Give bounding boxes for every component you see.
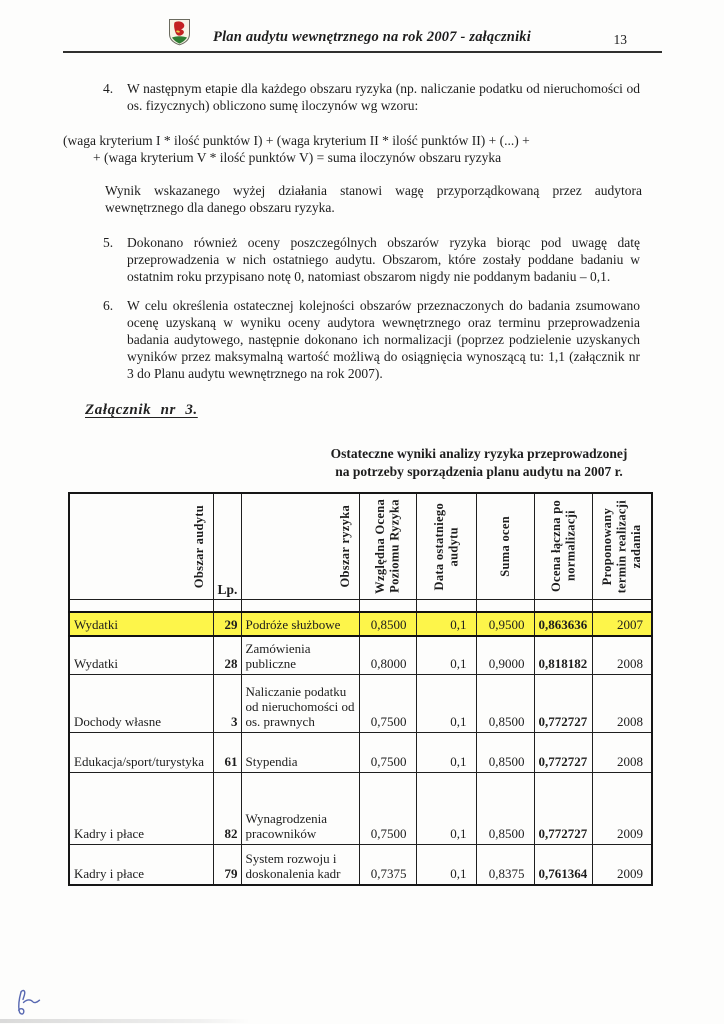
cell-score: 0,8500: [359, 612, 416, 636]
cell-sum: 0,9500: [476, 612, 534, 636]
cell-lp: 29: [213, 612, 241, 636]
spacer-row: [69, 599, 652, 612]
cell-last-audit: 0,1: [416, 612, 476, 636]
document-page: Plan audytu wewnętrznego na rok 2007 - z…: [0, 0, 724, 1024]
cell-risk: System rozwoju i doskonalenia kadr: [241, 844, 359, 885]
cell-area: Kadry i płace: [69, 772, 213, 844]
cell-area: Edukacja/sport/turystyka: [69, 732, 213, 772]
cell-last-audit: 0,1: [416, 636, 476, 674]
column-header-risk: Obszar ryzyka: [241, 493, 359, 599]
attachment-heading: Załącznik nr 3.: [85, 402, 662, 419]
column-header-year: Proponowany termin realizacji zadania: [592, 493, 652, 599]
cell-last-audit: 0,1: [416, 674, 476, 732]
cell-normalized: 0,818182: [534, 636, 592, 674]
cell-score: 0,8000: [359, 636, 416, 674]
paragraph-number: 6.: [103, 297, 127, 382]
ink-initial-mark: [11, 988, 53, 1022]
cell-year: 2009: [592, 772, 652, 844]
cell-score: 0,7500: [359, 674, 416, 732]
cell-score: 0,7500: [359, 732, 416, 772]
table-title-line-2: na potrzeby sporządzenia planu audytu na…: [304, 463, 654, 481]
cell-last-audit: 0,1: [416, 732, 476, 772]
cell-risk: Stypendia: [241, 732, 359, 772]
cell-sum: 0,8500: [476, 674, 534, 732]
cell-year: 2008: [592, 732, 652, 772]
scan-artifact: [0, 1019, 250, 1023]
cell-last-audit: 0,1: [416, 772, 476, 844]
cell-score: 0,7375: [359, 844, 416, 885]
table-header-row: Obszar audytu Lp. Obszar ryzyka Względna…: [69, 493, 652, 599]
paragraph-text: W następnym etapie dla każdego obszaru r…: [127, 80, 640, 114]
cell-normalized: 0,772727: [534, 772, 592, 844]
cell-lp: 79: [213, 844, 241, 885]
table-row: Wydatki 28 Zamówienia publiczne 0,8000 0…: [69, 636, 652, 674]
cell-last-audit: 0,1: [416, 844, 476, 885]
column-header-sum: Suma ocen: [476, 493, 534, 599]
table-row: Kadry i płace 82 Wynagrodzenia pracownik…: [69, 772, 652, 844]
document-body: 4. W następnym etapie dla każdego obszar…: [63, 80, 662, 886]
cell-area: Wydatki: [69, 612, 213, 636]
cell-sum: 0,8375: [476, 844, 534, 885]
column-header-area: Obszar audytu: [69, 493, 213, 599]
cell-area: Wydatki: [69, 636, 213, 674]
cell-sum: 0,8500: [476, 772, 534, 844]
cell-risk: Wynagrodzenia pracowników: [241, 772, 359, 844]
cell-year: 2008: [592, 674, 652, 732]
formula-line-2: + (waga kryterium V * ilość punktów V) =…: [63, 149, 662, 166]
table-row: Edukacja/sport/turystyka 61 Stypendia 0,…: [69, 732, 652, 772]
cell-normalized: 0,772727: [534, 732, 592, 772]
cell-lp: 82: [213, 772, 241, 844]
cell-area: Kadry i płace: [69, 844, 213, 885]
table-row: Dochody własne 3 Naliczanie podatku od n…: [69, 674, 652, 732]
cell-year: 2009: [592, 844, 652, 885]
paragraph-5: 5. Dokonano również oceny poszczególnych…: [63, 234, 662, 285]
table-row: Kadry i płace 79 System rozwoju i doskon…: [69, 844, 652, 885]
cell-normalized: 0,772727: [534, 674, 592, 732]
note-paragraph: Wynik wskazanego wyżej działania stanowi…: [105, 182, 662, 216]
cell-normalized: 0,863636: [534, 612, 592, 636]
table-title-line-1: Ostateczne wyniki analizy ryzyka przepro…: [304, 445, 654, 463]
cell-sum: 0,9000: [476, 636, 534, 674]
formula-block: (waga kryterium I * ilość punktów I) + (…: [63, 132, 662, 166]
cell-lp: 3: [213, 674, 241, 732]
table-title: Ostateczne wyniki analizy ryzyka przepro…: [304, 445, 654, 480]
paragraph-number: 4.: [103, 80, 127, 114]
cell-normalized: 0,761364: [534, 844, 592, 885]
column-header-last-audit: Data ostatniego audytu: [416, 493, 476, 599]
table-row: Wydatki 29 Podróże służbowe 0,8500 0,1 0…: [69, 612, 652, 636]
cell-year: 2007: [592, 612, 652, 636]
cell-lp: 61: [213, 732, 241, 772]
formula-line-1: (waga kryterium I * ilość punktów I) + (…: [63, 132, 662, 149]
column-header-normalized: Ocena łączna po normalizacji: [534, 493, 592, 599]
cell-year: 2008: [592, 636, 652, 674]
cell-risk: Zamówienia publiczne: [241, 636, 359, 674]
paragraph-4: 4. W następnym etapie dla każdego obszar…: [63, 80, 662, 114]
paragraph-text: Dokonano również oceny poszczególnych ob…: [127, 234, 640, 285]
cell-risk: Podróże służbowe: [241, 612, 359, 636]
paragraph-6: 6. W celu określenia ostatecznej kolejno…: [63, 297, 662, 382]
cell-risk: Naliczanie podatku od nieruchomości od o…: [241, 674, 359, 732]
page-number: 13: [614, 32, 628, 48]
column-header-score: Względna Ocena Poziomu Ryzyka: [359, 493, 416, 599]
column-header-lp: Lp.: [213, 493, 241, 599]
cell-area: Dochody własne: [69, 674, 213, 732]
cell-score: 0,7500: [359, 772, 416, 844]
cell-sum: 0,8500: [476, 732, 534, 772]
cell-lp: 28: [213, 636, 241, 674]
risk-analysis-table: Obszar audytu Lp. Obszar ryzyka Względna…: [68, 492, 653, 886]
paragraph-text: W celu określenia ostatecznej kolejności…: [127, 297, 640, 382]
paragraph-number: 5.: [103, 234, 127, 285]
header-divider: [63, 51, 662, 53]
